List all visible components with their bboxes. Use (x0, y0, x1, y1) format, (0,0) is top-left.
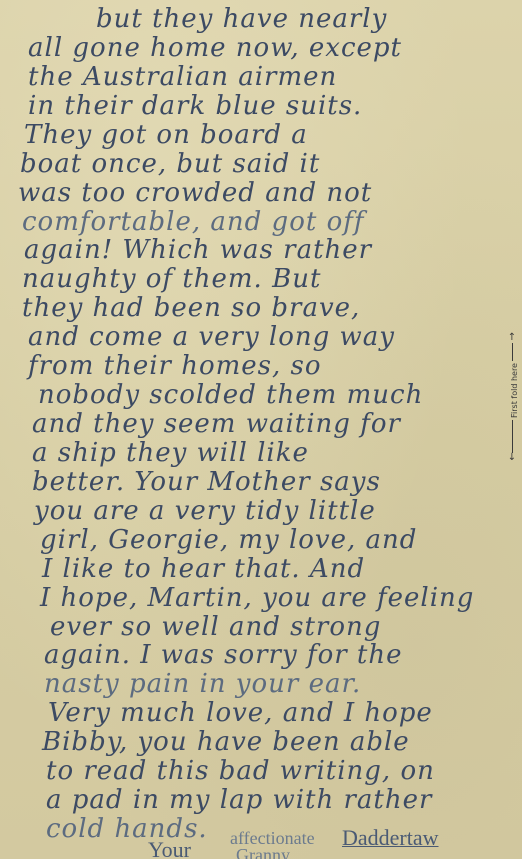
letter-page: but they have nearly all gone home now, … (0, 0, 522, 859)
fold-label-text: First fold here (510, 361, 519, 420)
arrow-up-icon: ↑ (508, 333, 516, 343)
fold-label: First fold here (506, 350, 522, 430)
signature: Daddertaw (342, 826, 439, 850)
arrow-down-icon: ↓ (508, 453, 516, 463)
closing-granny: Granny (236, 843, 290, 859)
closing-your: Your (148, 838, 191, 859)
